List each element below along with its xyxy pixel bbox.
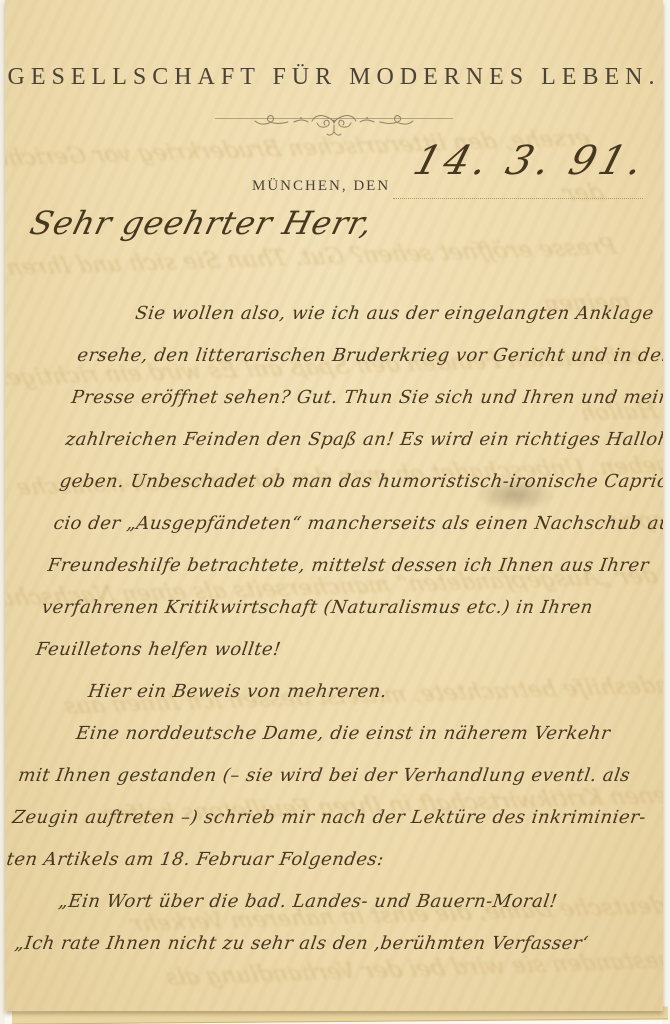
handwriting-line: ten Artikels am 18. Februar Folgendes: <box>5 839 617 881</box>
handwriting-line: Sie wollen also, wie ich aus der eingela… <box>80 293 663 335</box>
handwriting-line: „Ich rate Ihnen nicht zu sehr als den ‚b… <box>5 923 606 965</box>
handwriting-line: geben. Unbeschadet ob man das humoristis… <box>57 461 663 503</box>
salutation: Sehr geehrter Herr, <box>26 204 377 242</box>
date-line: MÜNCHEN, DEN 14. 3. 91. <box>5 140 663 210</box>
handwritten-date: 14. 3. 91. <box>408 138 652 184</box>
handwriting-line: Feuilletons helfen wollte! <box>33 629 647 671</box>
handwriting-line: Hier ein Beweis von mehreren. <box>27 671 641 713</box>
ink-smudge <box>475 478 555 512</box>
handwriting-line: Freundeshilfe betrachtete, mittelst dess… <box>45 545 659 587</box>
handwriting-line: mit Ihnen gestanden (– sie wird bei der … <box>15 755 629 797</box>
place-date-label: MÜNCHEN, DEN <box>252 178 390 195</box>
scan-edge-right <box>663 0 670 1024</box>
handwriting-line: cio der „Ausgepfändeten“ mancherseits al… <box>51 503 663 545</box>
letterhead-title: GESELLSCHAFT FÜR MODERNES LEBEN. <box>5 64 663 91</box>
date-ruled-line <box>393 197 643 199</box>
handwriting-line: „Ein Wort über die bad. Landes- und Baue… <box>5 881 612 923</box>
handwriting-line: verfahrenen Kritikwirtschaft (Naturalism… <box>39 587 653 629</box>
letter-paper: ersehe, den litterarischen Bruderkrieg v… <box>5 0 663 1011</box>
handwriting-line: ersehe, den litterarischen Bruderkrieg v… <box>74 335 663 377</box>
handwriting-line: Presse eröffnet sehen? Gut. Thun Sie sic… <box>69 377 663 419</box>
handwriting-line: zahlreichen Feinden den Spaß an! Es wird… <box>63 419 663 461</box>
handwriting-lines: Sie wollen also, wie ich aus der eingela… <box>5 293 663 965</box>
handwriting-line: Zeugin auftreten –) schrieb mir nach der… <box>9 797 623 839</box>
handwriting-line: Eine norddeutsche Dame, die einst in näh… <box>21 713 635 755</box>
flourish-ornament-icon <box>249 112 419 142</box>
scanned-letter: ersehe, den litterarischen Bruderkrieg v… <box>0 0 670 1024</box>
